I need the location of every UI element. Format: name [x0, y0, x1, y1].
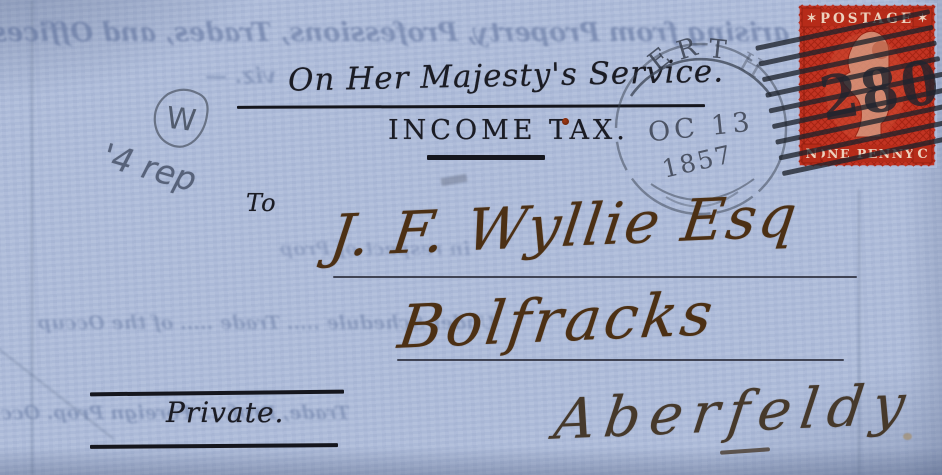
address-underline-1 — [333, 276, 857, 278]
address-line-3-underline — [720, 447, 770, 454]
envelope-front: arising from Property, Professions, Trad… — [0, 0, 942, 475]
svg-text:T: T — [707, 34, 728, 66]
address-line-3: Aberfeldy — [550, 372, 917, 452]
svg-text:E: E — [643, 42, 676, 77]
private-label: Private. — [166, 396, 284, 429]
to-label: To — [246, 189, 277, 217]
address-line-1: J. F. Wyllie Esq — [326, 182, 803, 270]
subtitle-rule — [427, 155, 545, 160]
svg-text:W: W — [164, 101, 198, 139]
svg-text:OC 13: OC 13 — [647, 107, 755, 149]
stamp-corner-star-icon: ✶ — [806, 11, 816, 25]
pencil-smudge — [441, 174, 468, 186]
address-line-2: Bolfracks — [394, 279, 719, 363]
income-tax-title: INCOME TAX. — [388, 115, 629, 146]
private-rule-bottom — [90, 443, 338, 449]
ink-spot — [562, 118, 569, 125]
